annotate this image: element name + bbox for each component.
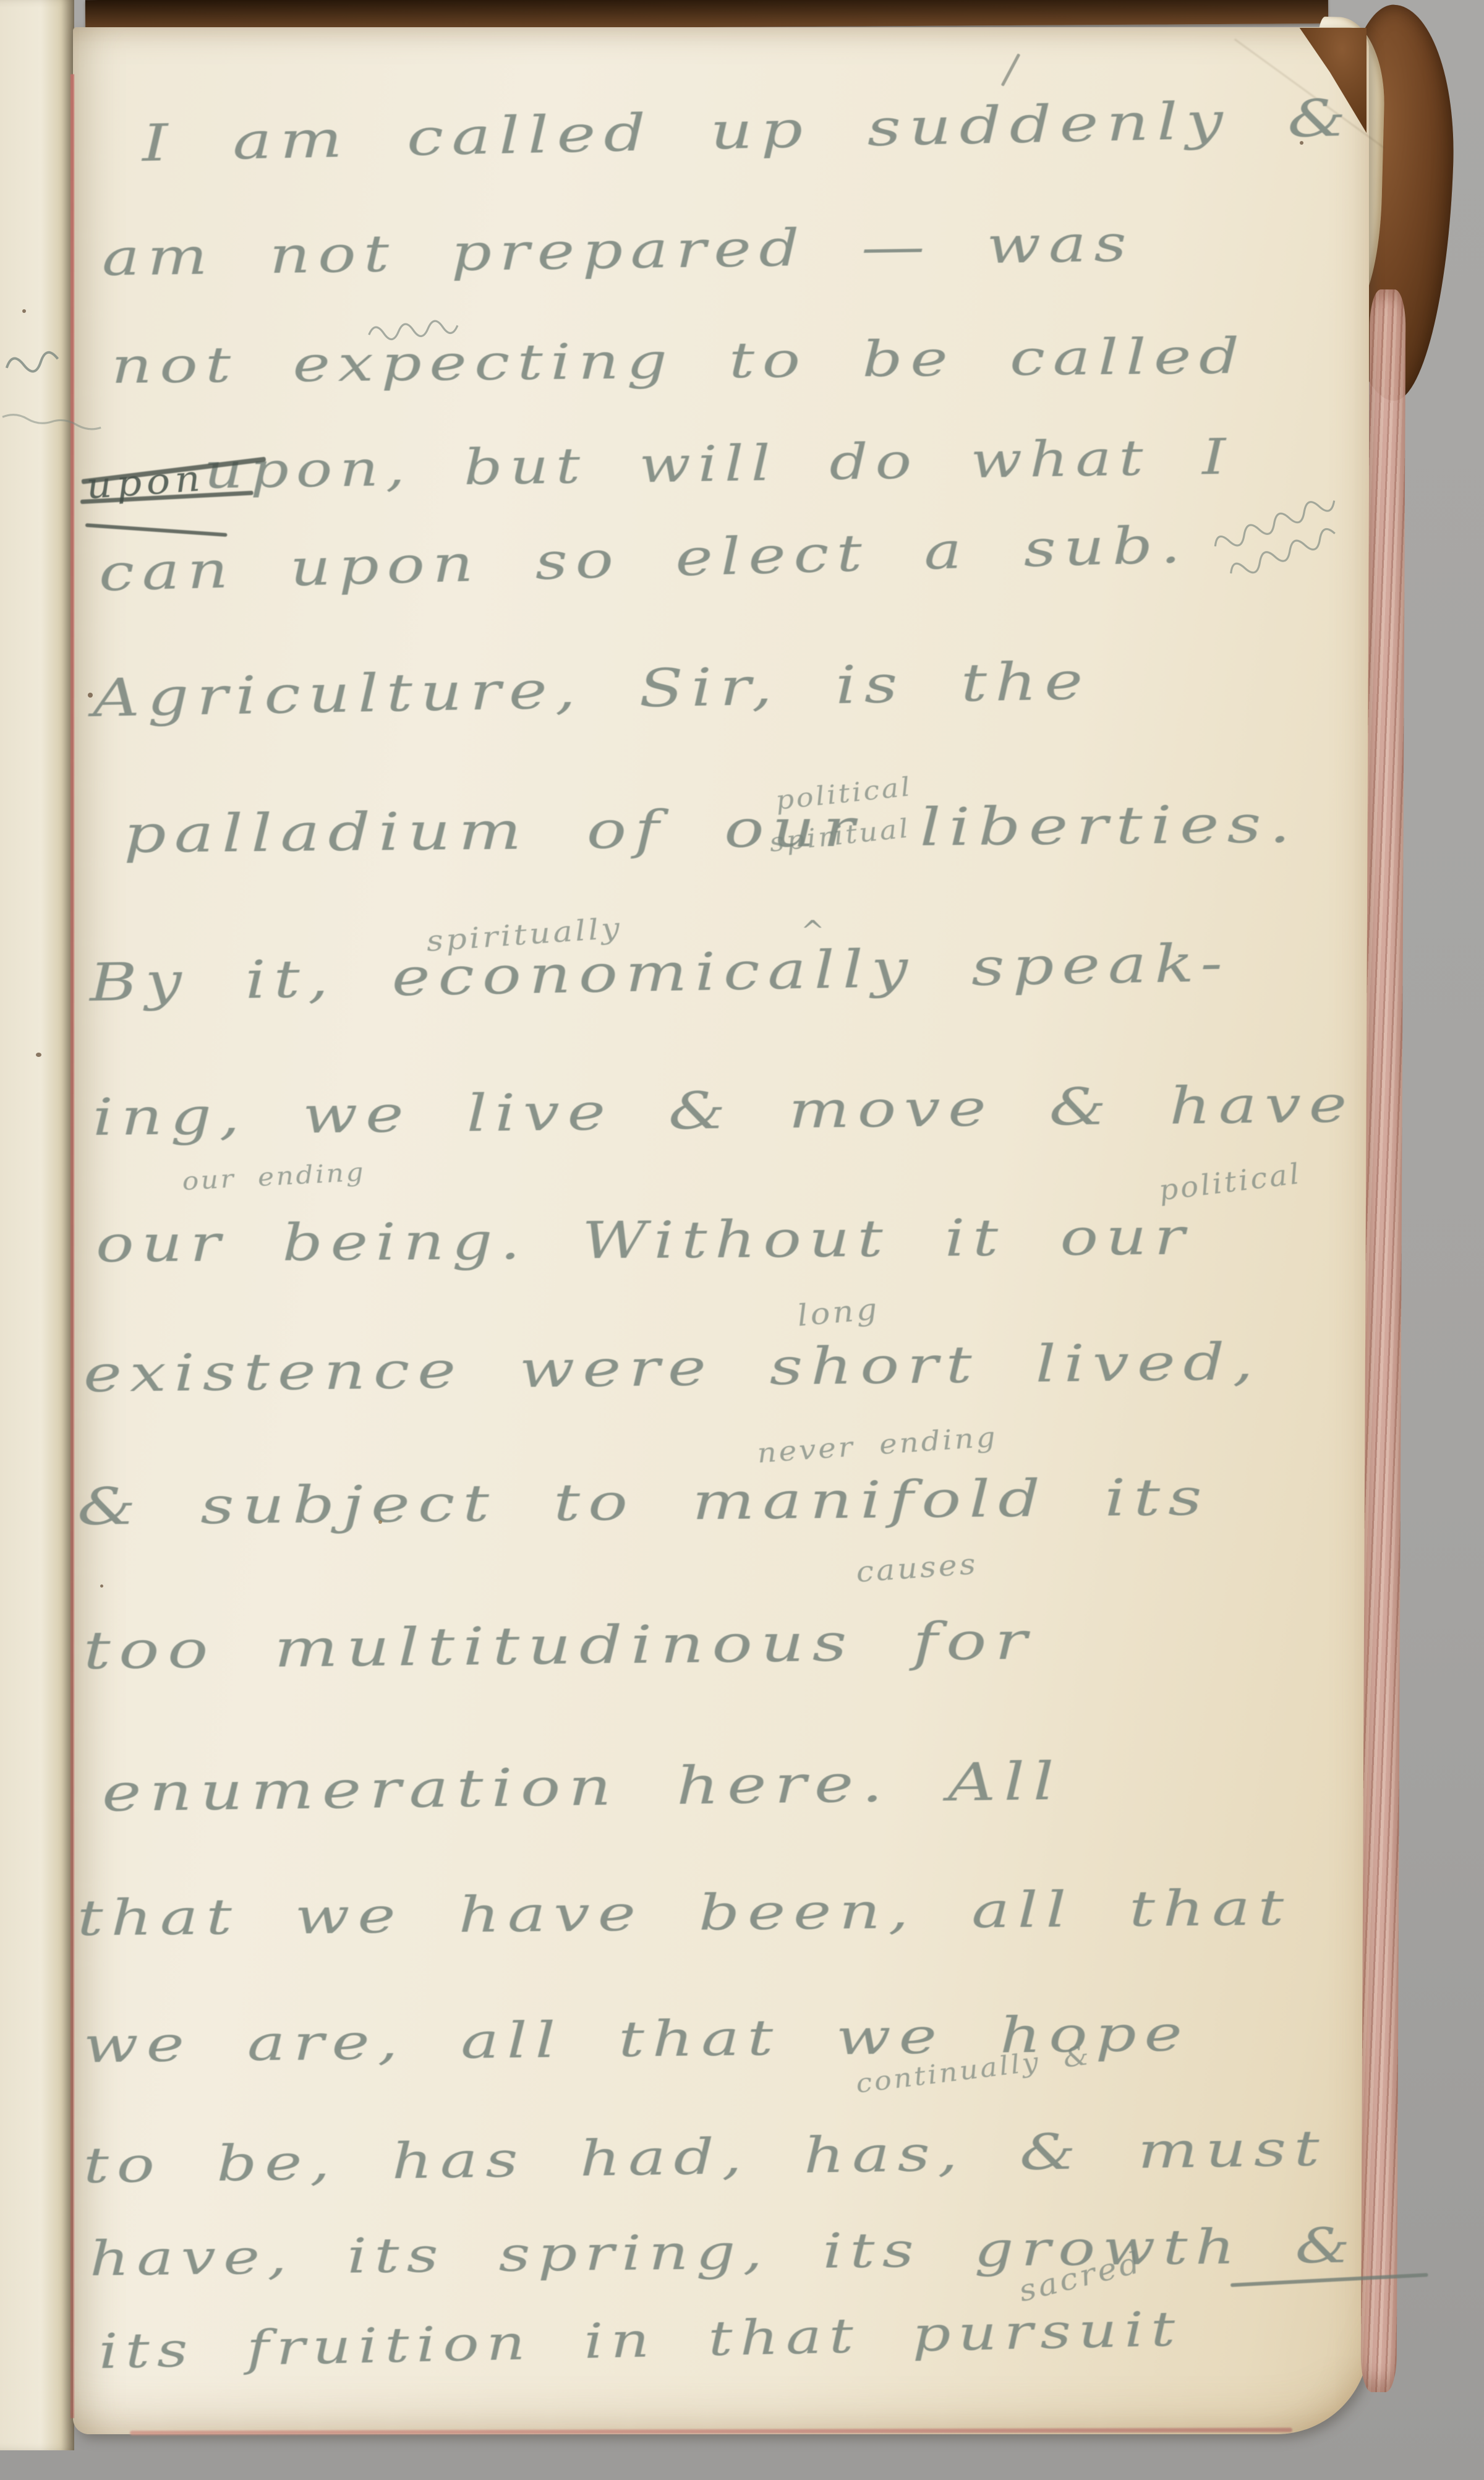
handwriting-line: existence were short lived, [83,1333,1261,1404]
handwriting-line: that we have been, all that [77,1879,1292,1947]
handwriting-line: & subject to manifold its [77,1468,1210,1537]
paper-speck [378,1520,382,1524]
handwriting-line: palladium of our liberties. [123,793,1298,865]
paper-speck [100,1584,103,1588]
handwriting-line: our being. Without it our [96,1208,1193,1274]
paper-speck [1300,141,1303,145]
handwriting-line: too multitudinous for [83,1610,1035,1681]
paper-speck [22,309,26,313]
interlined-word: long [796,1292,881,1333]
paper-speck [36,1053,41,1057]
photograph-of-notebook-page: { "manuscript": { "description": "handwr… [0,0,1484,2480]
handwriting-line: enumeration here. All [101,1751,1062,1823]
book-cover-top-edge [85,0,1328,31]
paper-speck [88,693,93,698]
caret-mark: ^ [801,914,828,947]
handwriting-line: not expecting to be called [111,327,1247,395]
